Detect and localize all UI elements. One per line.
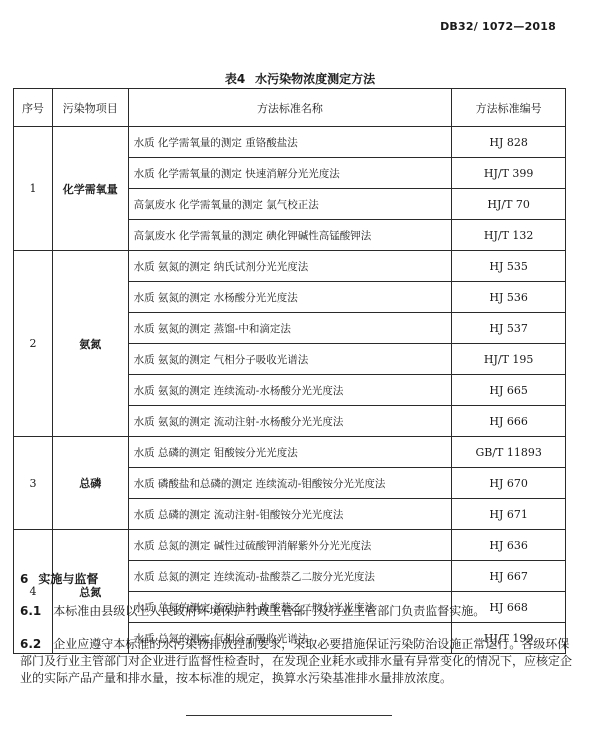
- method-name-cell: 水质 总氮的测定 碱性过硫酸钾消解紫外分光光度法: [128, 530, 452, 561]
- method-code-cell: HJ 665: [452, 375, 566, 406]
- method-name-cell: 水质 总磷的测定 钼酸铵分光光度法: [128, 437, 452, 468]
- method-code-cell: HJ/T 70: [452, 189, 566, 220]
- pollutant-cell: 氨氮: [52, 251, 128, 437]
- pollutant-cell: 化学需氧量: [52, 127, 128, 251]
- pollutant-cell: 总磷: [52, 437, 128, 530]
- method-name-cell: 水质 化学需氧量的测定 快速消解分光光度法: [128, 158, 452, 189]
- end-of-document-rule: [186, 715, 392, 716]
- clause-6-1: 6.1本标准由县级以上人民政府环境保护行政主管部门及行业主管部门负责监督实施。: [20, 603, 580, 620]
- table-title-text: 水污染物浓度测定方法: [255, 72, 375, 86]
- method-name-cell: 水质 化学需氧量的测定 重铬酸盐法: [128, 127, 452, 158]
- pollutant-cell: 总氮: [52, 530, 128, 654]
- method-name-cell: 水质 氨氮的测定 纳氏试剂分光光度法: [128, 251, 452, 282]
- method-name-cell: 水质 氨氮的测定 流动注射-水杨酸分光光度法: [128, 406, 452, 437]
- method-code-cell: HJ/T 132: [452, 220, 566, 251]
- method-name-cell: 高氯废水 化学需氧量的测定 碘化钾碱性高锰酸钾法: [128, 220, 452, 251]
- method-code-cell: HJ/T 195: [452, 344, 566, 375]
- method-name-cell: 水质 氨氮的测定 气相分子吸收光谱法: [128, 344, 452, 375]
- table-header-row: 序号 污染物项目 方法标准名称 方法标准编号: [14, 89, 566, 127]
- column-header-pollutant: 污染物项目: [52, 89, 128, 127]
- method-name-cell: 水质 氨氮的测定 水杨酸分光光度法: [128, 282, 452, 313]
- method-code-cell: HJ 667: [452, 561, 566, 592]
- seq-cell: 1: [14, 127, 53, 251]
- table-number: 表4: [225, 72, 245, 86]
- clause-6-2: 6.2企业应遵守本标准的水污染物排放控制要求，采取必要措施保证污染防治设施正常运…: [20, 636, 580, 687]
- method-name-cell: 高氯废水 化学需氧量的测定 氯气校正法: [128, 189, 452, 220]
- table-row: 4 总氮 水质 总氮的测定 碱性过硫酸钾消解紫外分光光度法 HJ 636: [14, 530, 566, 561]
- method-name-cell: 水质 氨氮的测定 连续流动-水杨酸分光光度法: [128, 375, 452, 406]
- clause-number: 6.2: [20, 637, 41, 651]
- method-code-cell: HJ 670: [452, 468, 566, 499]
- method-code-cell: HJ 537: [452, 313, 566, 344]
- method-code-cell: HJ/T 399: [452, 158, 566, 189]
- table-title: 表4水污染物浓度测定方法: [0, 70, 600, 87]
- method-code-cell: GB/T 11893: [452, 437, 566, 468]
- section-number: 6: [20, 572, 28, 586]
- seq-cell: 3: [14, 437, 53, 530]
- method-code-cell: HJ 671: [452, 499, 566, 530]
- clause-text: 企业应遵守本标准的水污染物排放控制要求，采取必要措施保证污染防治设施正常运行。各…: [20, 637, 572, 685]
- seq-cell: 2: [14, 251, 53, 437]
- method-name-cell: 水质 氨氮的测定 蒸馏-中和滴定法: [128, 313, 452, 344]
- table-row: 3 总磷 水质 总磷的测定 钼酸铵分光光度法 GB/T 11893: [14, 437, 566, 468]
- section-heading: 6实施与监督: [20, 570, 98, 587]
- clause-text: 本标准由县级以上人民政府环境保护行政主管部门及行业主管部门负责监督实施。: [53, 604, 485, 618]
- method-code-cell: HJ 536: [452, 282, 566, 313]
- seq-cell: 4: [14, 530, 53, 654]
- section-title: 实施与监督: [38, 572, 98, 586]
- table-row: 1 化学需氧量 水质 化学需氧量的测定 重铬酸盐法 HJ 828: [14, 127, 566, 158]
- method-name-cell: 水质 总氮的测定 连续流动-盐酸萘乙二胺分光光度法: [128, 561, 452, 592]
- method-code-cell: HJ 828: [452, 127, 566, 158]
- column-header-method-code: 方法标准编号: [452, 89, 566, 127]
- method-name-cell: 水质 磷酸盐和总磷的测定 连续流动-钼酸铵分光光度法: [128, 468, 452, 499]
- method-code-cell: HJ 666: [452, 406, 566, 437]
- column-header-seq: 序号: [14, 89, 53, 127]
- table-row: 2 氨氮 水质 氨氮的测定 纳氏试剂分光光度法 HJ 535: [14, 251, 566, 282]
- method-code-cell: HJ 636: [452, 530, 566, 561]
- clause-number: 6.1: [20, 604, 41, 618]
- method-code-cell: HJ 535: [452, 251, 566, 282]
- method-name-cell: 水质 总磷的测定 流动注射-钼酸铵分光光度法: [128, 499, 452, 530]
- column-header-method-name: 方法标准名称: [128, 89, 452, 127]
- document-code: DB32/ 1072—2018: [440, 20, 556, 33]
